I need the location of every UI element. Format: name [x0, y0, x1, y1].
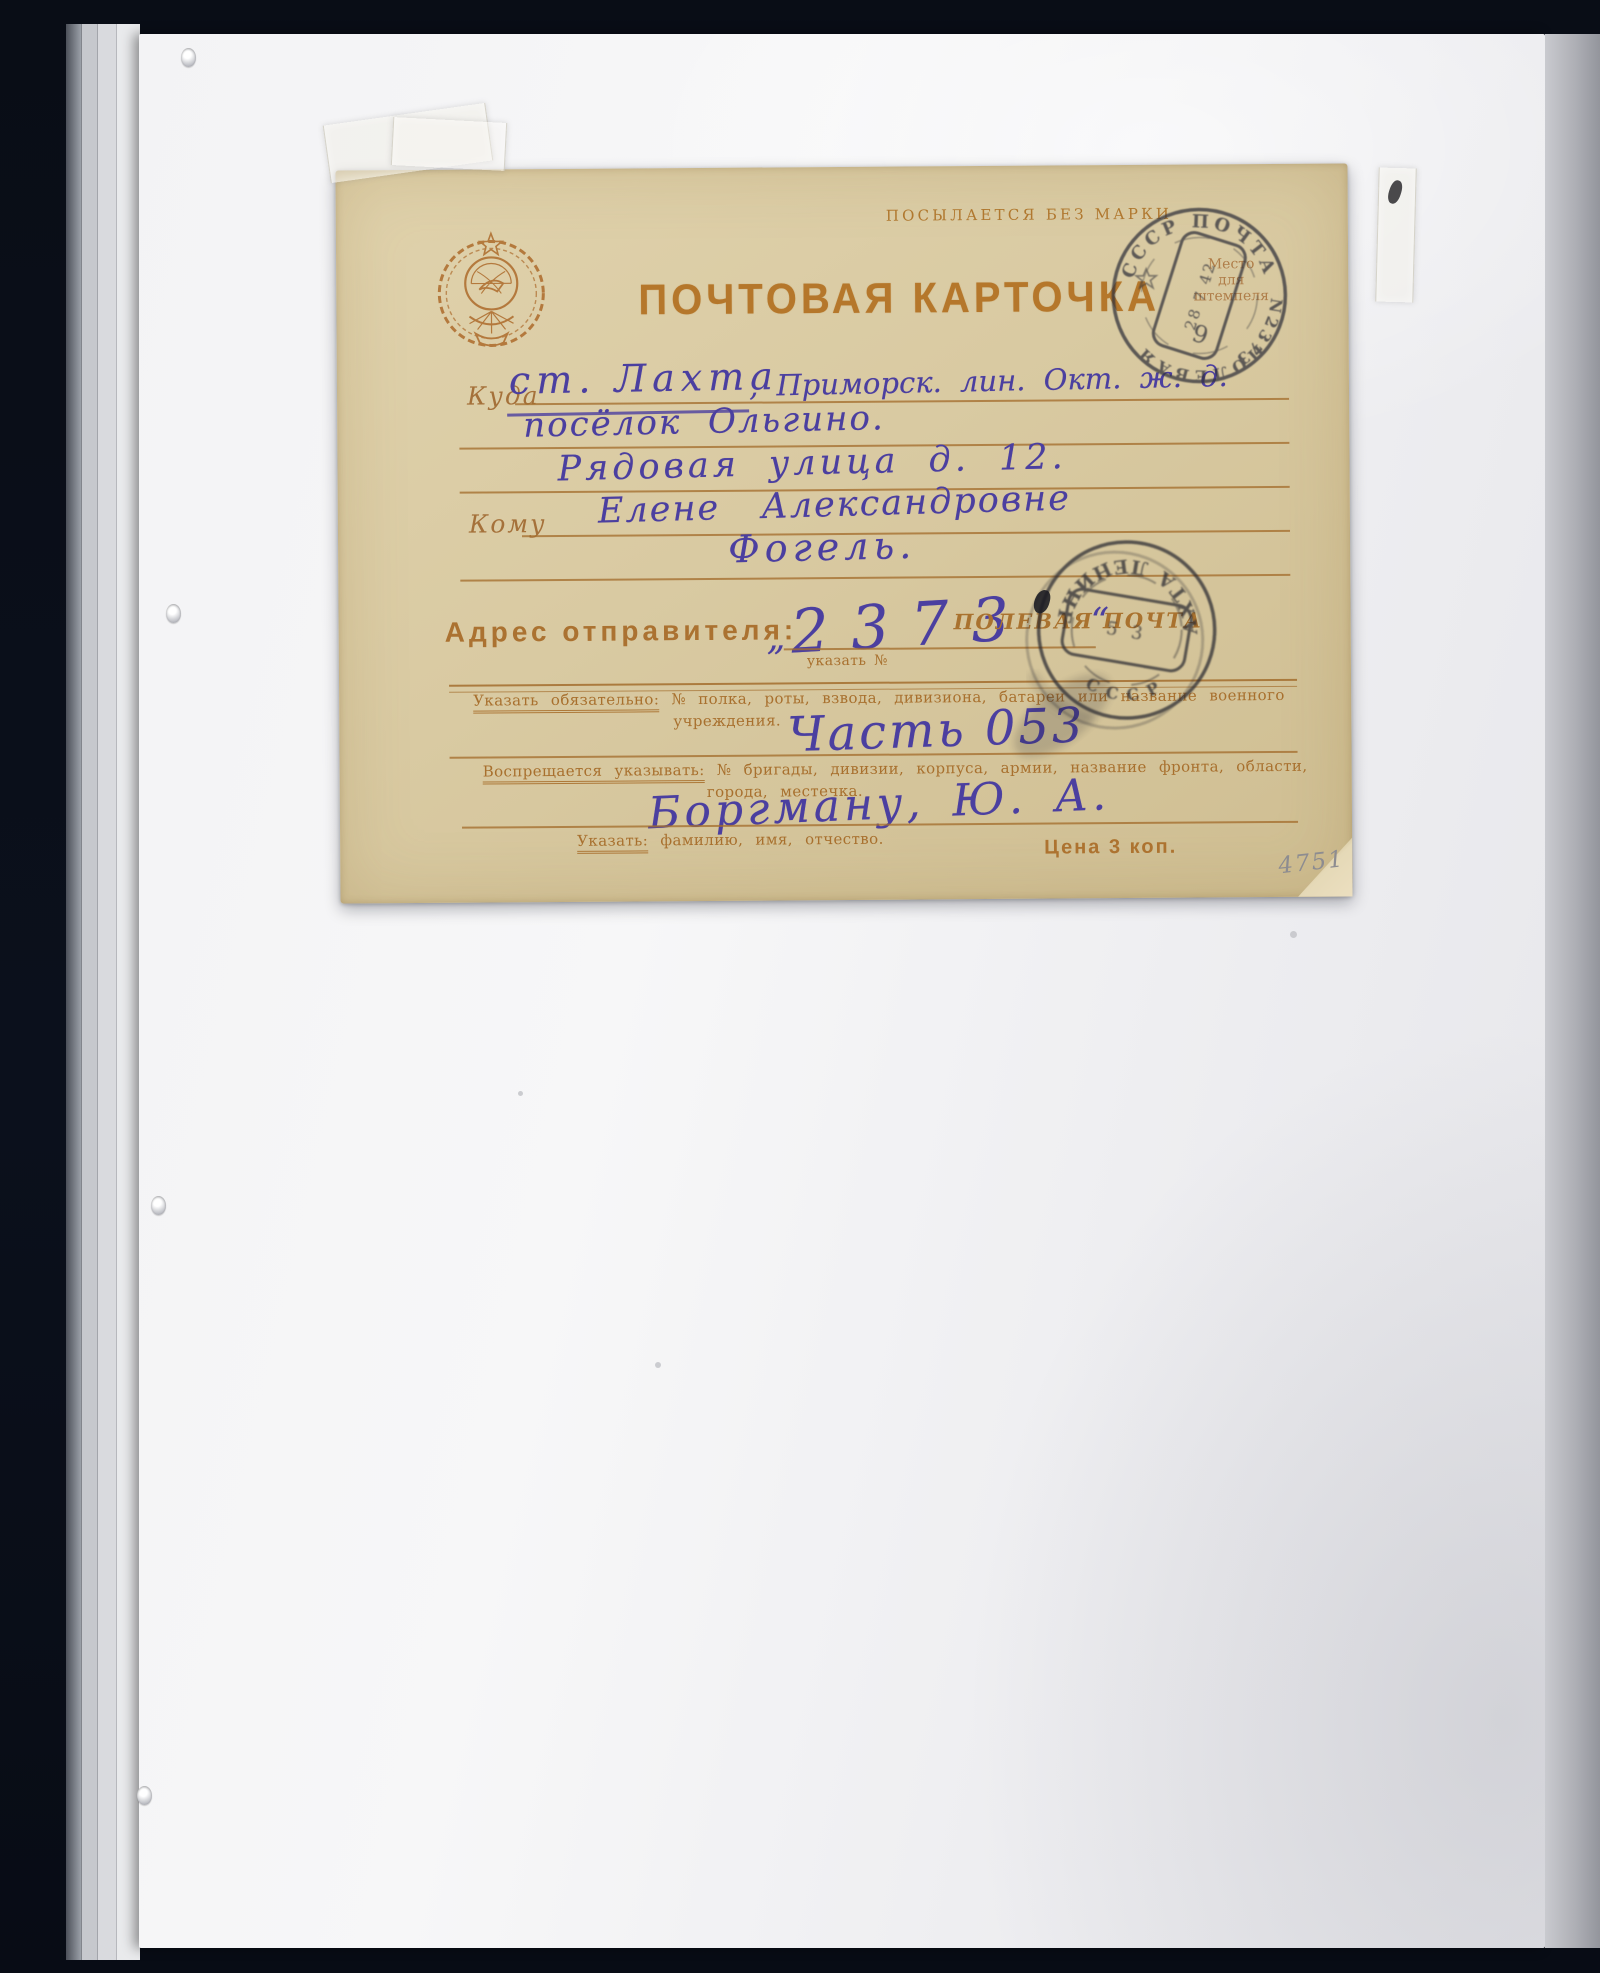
handwriting-recipient-surname: Фогель. — [728, 523, 917, 572]
price-label: Цена 3 коп. — [1044, 836, 1177, 860]
field-post-postmark: СССР ПОЧТА N2373 ПОЛЕВАЯ 28 7 42 9 — [1104, 200, 1295, 391]
forbidden-lead: Воспрещается указывать: — [483, 761, 705, 785]
page-stack-edge — [81, 24, 98, 1960]
must-state-lead: Указать обязательно: — [473, 690, 659, 713]
tape-top-right — [1375, 168, 1416, 303]
footer-note-lead: Указать: — [577, 831, 648, 853]
speck — [518, 1091, 523, 1096]
soviet-emblem-icon — [424, 221, 559, 356]
page-right-edge — [1545, 34, 1600, 1948]
binder-hole — [166, 604, 181, 623]
page-stack-edge — [116, 24, 140, 1960]
svg-text:ЛАХТА ЛЕНИНГР.: ЛАХТА ЛЕНИНГР. — [993, 522, 1202, 637]
page-stack-edge — [66, 24, 81, 1960]
number-hint: указать № — [807, 653, 888, 670]
footer-note-body: фамилию, имя, отчество. — [660, 830, 884, 850]
sender-address-label: Адрес отправителя: — [445, 614, 798, 648]
card-title: ПОЧТОВАЯ КАРТОЧКА — [638, 273, 1143, 325]
handwriting-destination-station: ст. Лахта — [509, 354, 780, 403]
open-quote: „ — [767, 617, 786, 658]
binder-hole — [137, 1786, 152, 1805]
tape-fleck — [1386, 179, 1405, 205]
tape-top-left-overlap — [391, 117, 507, 171]
footer-note-line: Указать: фамилию, имя, отчество. — [577, 830, 884, 850]
binder-hole — [181, 48, 196, 67]
binder-hole — [151, 1196, 166, 1215]
must-state-body2: учреждения. — [673, 711, 781, 730]
speck — [1290, 931, 1297, 938]
arrival-postmark-lakhta: ЛАХТА ЛЕНИНГР. СССР 5 3 — [993, 522, 1235, 774]
page-stack-edge — [97, 24, 117, 1960]
postmark-date: 5 3 — [1105, 618, 1149, 645]
postmark-arc-top: ЛАХТА ЛЕНИНГР. — [993, 522, 1202, 637]
postcard: ПОСЫЛАЕТСЯ БЕЗ МАРКИ ПОЧТОВАЯ КАРТОЧКА М… — [335, 163, 1352, 903]
handwriting-destination-village: посёлок Ольгино. — [523, 398, 885, 446]
speck — [655, 1362, 661, 1368]
